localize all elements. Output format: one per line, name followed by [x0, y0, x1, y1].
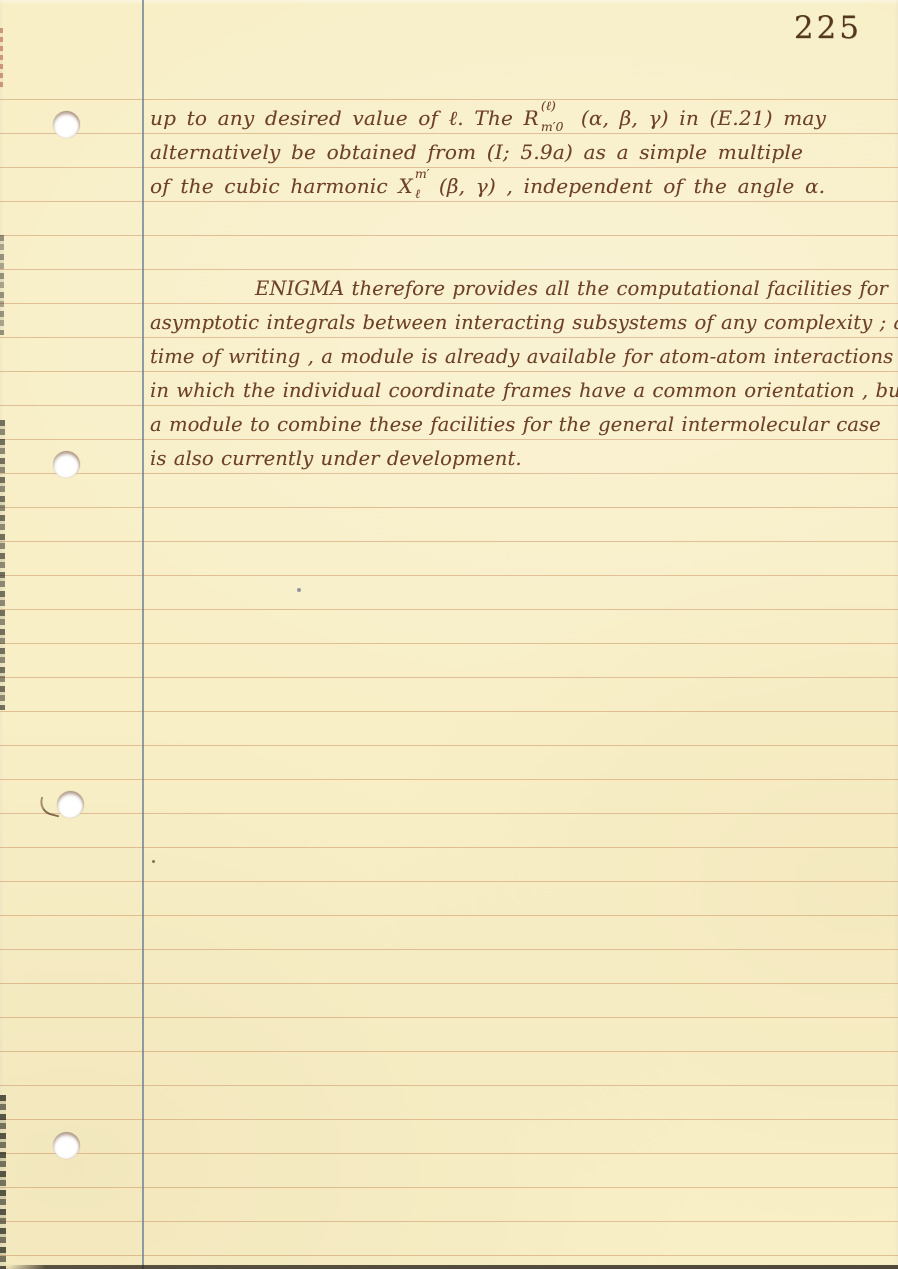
- scan-edge-artifact: [0, 235, 4, 335]
- text-segment: (α, β, γ) in (E.21) may: [581, 106, 826, 130]
- math-superscript: (ℓ): [541, 98, 556, 114]
- handwritten-line: a module to combine these facilities for…: [150, 413, 881, 436]
- scan-edge-artifact: [0, 1095, 6, 1269]
- math-subscript: m′0: [541, 119, 564, 134]
- scan-bottom-edge: [10, 1265, 898, 1269]
- ink-speck: [152, 860, 155, 863]
- math-supsub: m′ℓ: [413, 177, 439, 199]
- handwritten-line: in which the individual coordinate frame…: [150, 379, 898, 402]
- scan-edge-artifact: [0, 420, 5, 710]
- handwritten-line: up to any desired value of ℓ. The R(ℓ)m′…: [150, 106, 826, 131]
- handwritten-line: ENIGMA therefore provides all the comput…: [150, 277, 888, 300]
- handwritten-line: alternatively be obtained from (I; 5.9a)…: [150, 140, 803, 164]
- text-segment: (β, γ) , independent of the angle α.: [439, 174, 825, 198]
- handwritten-line: is also currently under development.: [150, 447, 522, 470]
- page-number: 225: [794, 10, 862, 46]
- text-segment: up to any desired value of ℓ. The R: [150, 106, 539, 130]
- ink-speck: [297, 588, 301, 592]
- ruled-lines: [0, 99, 898, 1259]
- punch-hole: [53, 111, 80, 138]
- math-supsub: (ℓ)m′0: [539, 109, 581, 131]
- punch-hole: [53, 1132, 80, 1159]
- math-superscript: m′: [415, 166, 430, 181]
- math-subscript: ℓ: [415, 186, 420, 202]
- punch-hole: [53, 451, 80, 478]
- handwritten-line: asymptotic integrals between interacting…: [150, 311, 898, 334]
- margin-line: [142, 0, 144, 1269]
- handwritten-line: of the cubic harmonic Xm′ℓ(β, γ) , indep…: [150, 174, 825, 199]
- notebook-page: 225 up to any desired value of ℓ. The R(…: [0, 0, 898, 1269]
- handwritten-line: time of writing , a module is already av…: [150, 345, 893, 368]
- text-segment: of the cubic harmonic X: [150, 174, 413, 198]
- scan-edge-artifact: [0, 28, 3, 88]
